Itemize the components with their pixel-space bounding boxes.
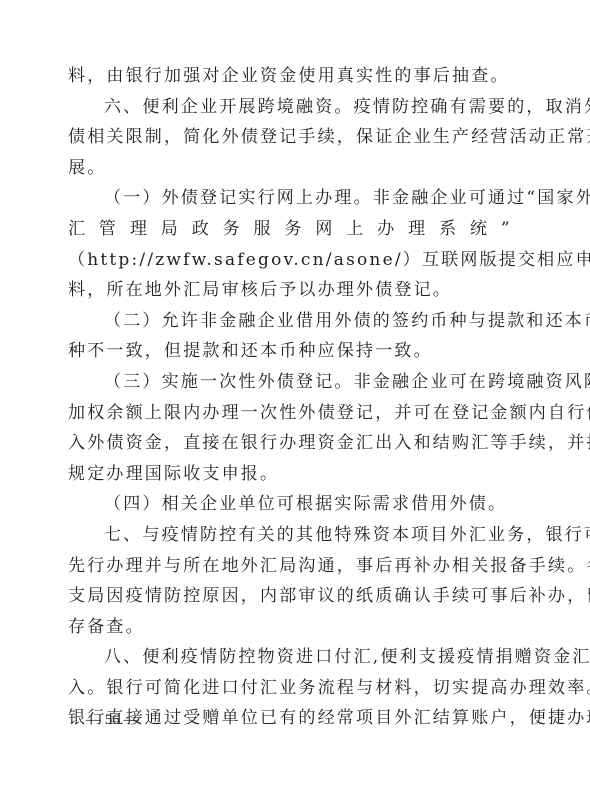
text-line: （一）外债登记实行网上办理。非金融企业可通过“国家外 bbox=[68, 183, 512, 214]
char: 系 bbox=[439, 214, 458, 245]
char: 务 bbox=[284, 214, 303, 245]
text-line: 入。银行可简化进口付汇业务流程与材料，切实提高办理效率。 bbox=[68, 673, 512, 704]
text-line: （三）实施一次性外债登记。非金融企业可在跨境融资风险 bbox=[68, 367, 512, 398]
text-line: （http://zwfw.safegov.cn/asone/）互联网版提交相应申… bbox=[68, 245, 512, 276]
text-line: 六、便利企业开展跨境融资。疫情防控确有需要的，取消外 bbox=[68, 92, 512, 123]
text-line: 入外债资金，直接在银行办理资金汇出入和结购汇等手续，并按 bbox=[68, 428, 512, 459]
char: ” bbox=[501, 214, 512, 245]
text-line: 种不一致，但提款和还本币种应保持一致。 bbox=[68, 336, 512, 367]
text-line: 债相关限制，简化外债登记手续，保证企业生产经营活动正常开 bbox=[68, 122, 512, 153]
char: 统 bbox=[470, 214, 489, 245]
text-line: 支局因疫情防控原因，内部审议的纸质确认手续可事后补办，留 bbox=[68, 581, 512, 612]
text-line: （二）允许非金融企业借用外债的签约币种与提款和还本币 bbox=[68, 306, 512, 337]
text-line: 规定办理国际收支申报。 bbox=[68, 459, 512, 490]
char: 管 bbox=[99, 214, 118, 245]
text-line: （四）相关企业单位可根据实际需求借用外债。 bbox=[68, 489, 512, 520]
text-line: 七、与疫情防控有关的其他特殊资本项目外汇业务，银行可 bbox=[68, 520, 512, 551]
text-line: 加权余额上限内办理一次性外债登记，并可在登记金额内自行借 bbox=[68, 398, 512, 429]
document-page: 料，由银行加强对企业资金使用真实性的事后抽查。六、便利企业开展跨境融资。疫情防控… bbox=[68, 61, 512, 734]
char: 服 bbox=[254, 214, 273, 245]
char: 政 bbox=[192, 214, 211, 245]
char: 网 bbox=[315, 214, 334, 245]
char: 理 bbox=[130, 214, 149, 245]
text-line: 料，所在地外汇局审核后予以办理外债登记。 bbox=[68, 275, 512, 306]
text-line: 汇管理局政务服务网上办理系统” bbox=[68, 214, 512, 245]
text-line: 先行办理并与所在地外汇局沟通，事后再补办相关报备手续。各 bbox=[68, 551, 512, 582]
char: 局 bbox=[161, 214, 180, 245]
text-line: 存备查。 bbox=[68, 612, 512, 643]
char: 务 bbox=[223, 214, 242, 245]
page-number: — 56 — bbox=[86, 712, 139, 729]
text-line: 展。 bbox=[68, 153, 512, 184]
char: 汇 bbox=[68, 214, 87, 245]
char: 办 bbox=[377, 214, 396, 245]
text-line: 料，由银行加强对企业资金使用真实性的事后抽查。 bbox=[68, 61, 512, 92]
char: 理 bbox=[408, 214, 427, 245]
char: 上 bbox=[346, 214, 365, 245]
text-line: 八、便利疫情防控物资进口付汇,便利支援疫情捐赠资金汇 bbox=[68, 642, 512, 673]
